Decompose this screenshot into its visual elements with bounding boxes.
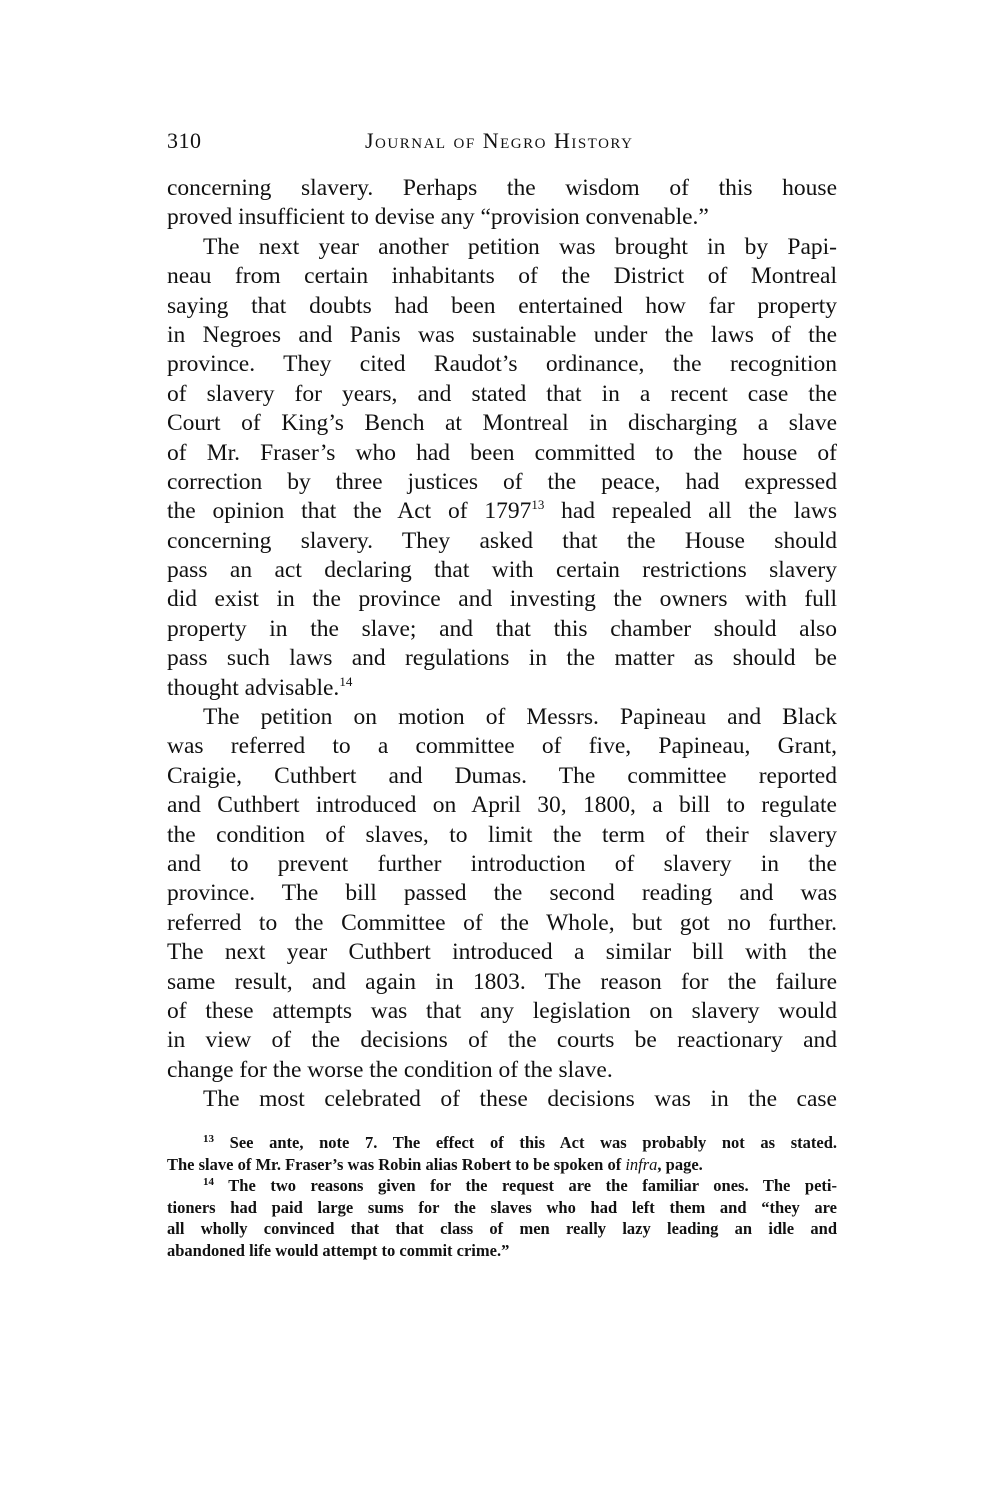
footnote-number-14: 14 <box>203 1176 214 1188</box>
text-line: was referred to a committee of five, Pap… <box>167 732 837 761</box>
footnote-italic-text: infra <box>625 1155 657 1174</box>
footnote-13-line: 13 See ante, note 7. The effect of this … <box>167 1132 837 1154</box>
journal-title: Journal of Negro History <box>365 128 633 154</box>
text-line: pass an act declaring that with certain … <box>167 556 837 585</box>
text-line: pass such laws and regulations in the ma… <box>167 644 837 673</box>
text-line: of Mr. Fraser’s who had been committed t… <box>167 439 837 468</box>
journal-page: 310 Journal of Negro History concerning … <box>0 0 1000 1507</box>
text-line: referred to the Committee of the Whole, … <box>167 909 837 938</box>
footnote-text: The slave of Mr. Fraser’s was Robin alia… <box>167 1155 621 1174</box>
text-line: Court of King’s Bench at Montreal in dis… <box>167 409 837 438</box>
text-line: property in the slave; and that this cha… <box>167 615 837 644</box>
text-line-with-footnote-ref: the opinion that the Act of 179713 had r… <box>167 497 837 526</box>
text-fragment: thought advisable. <box>167 675 339 701</box>
footnote-13-line: The slave of Mr. Fraser’s was Robin alia… <box>167 1154 837 1176</box>
footnote-number-13: 13 <box>203 1133 214 1145</box>
text-line: Craigie, Cuthbert and Dumas. The committ… <box>167 762 837 791</box>
text-line: The next year Cuthbert introduced a simi… <box>167 938 837 967</box>
paragraph-start-line: The next year another petition was broug… <box>167 233 837 262</box>
footnote-ref-13[interactable]: 13 <box>531 497 544 512</box>
body-text: concerning slavery. Perhaps the wisdom o… <box>167 174 837 1115</box>
text-line: same result, and again in 1803. The reas… <box>167 968 837 997</box>
text-line: proved insufficient to devise any “provi… <box>167 203 837 232</box>
text-line: and to prevent further introduction of s… <box>167 850 837 879</box>
footnote-ref-14[interactable]: 14 <box>339 674 352 689</box>
footnote-text: See ante, note 7. The effect of this Act… <box>230 1133 837 1152</box>
text-line: did exist in the province and investing … <box>167 585 837 614</box>
footnote-14-line: abandoned life would attempt to commit c… <box>167 1240 837 1262</box>
text-line: saying that doubts had been entertained … <box>167 292 837 321</box>
text-fragment: had repealed all the laws <box>561 498 837 524</box>
text-line: neau from certain inhabitants of the Dis… <box>167 262 837 291</box>
paragraph-start-line: The most celebrated of these decisions w… <box>167 1085 837 1114</box>
footnote-14-line: all wholly convinced that that class of … <box>167 1218 837 1240</box>
footnote-14-line: tioners had paid large sums for the slav… <box>167 1197 837 1219</box>
page-number: 310 <box>167 128 202 154</box>
text-line: province. The bill passed the second rea… <box>167 879 837 908</box>
footnote-14-line: 14 The two reasons given for the request… <box>167 1175 837 1197</box>
text-line: change for the worse the condition of th… <box>167 1056 837 1085</box>
text-line: correction by three justices of the peac… <box>167 468 837 497</box>
text-line: in view of the decisions of the courts b… <box>167 1026 837 1055</box>
footnote-text: The two reasons given for the request ar… <box>228 1176 837 1195</box>
text-line: of these attempts was that any legislati… <box>167 997 837 1026</box>
footnotes: 13 See ante, note 7. The effect of this … <box>167 1132 837 1261</box>
text-fragment: the opinion that the Act of 1797 <box>167 498 531 524</box>
paragraph-start-line: The petition on motion of Messrs. Papine… <box>167 703 837 732</box>
text-line: the condition of slaves, to limit the te… <box>167 821 837 850</box>
text-line: of slavery for years, and stated that in… <box>167 380 837 409</box>
text-line: and Cuthbert introduced on April 30, 180… <box>167 791 837 820</box>
text-line-with-footnote-ref: thought advisable.14 <box>167 674 837 703</box>
text-line: concerning slavery. They asked that the … <box>167 527 837 556</box>
footnote-text: , page. <box>657 1155 702 1174</box>
text-line: in Negroes and Panis was sustainable und… <box>167 321 837 350</box>
text-line: concerning slavery. Perhaps the wisdom o… <box>167 174 837 203</box>
text-line: province. They cited Raudot’s ordinance,… <box>167 350 837 379</box>
running-head: 310 Journal of Negro History <box>167 128 837 158</box>
